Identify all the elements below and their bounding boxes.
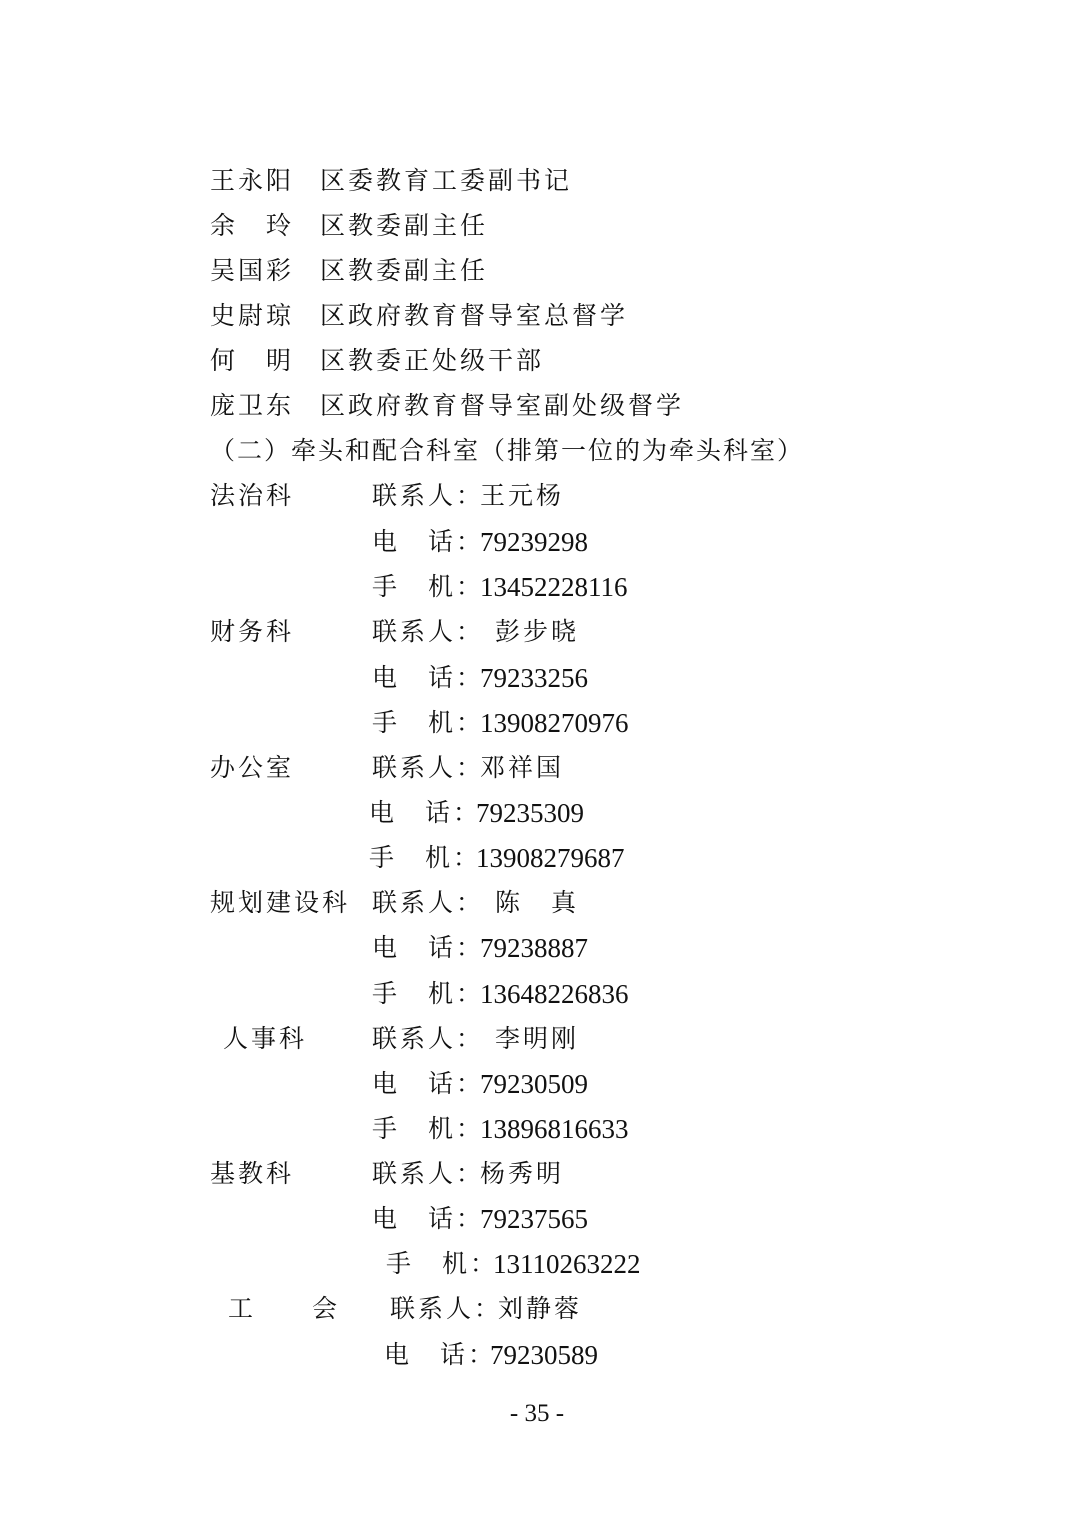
mobile-label: 手 机： — [369, 843, 481, 873]
contact-person: 杨秀明 — [480, 1159, 564, 1189]
contact-person: 李明刚 — [495, 1024, 579, 1054]
contact-label: 联系人： — [372, 1159, 484, 1189]
mobile-number: 13648226836 — [480, 979, 629, 1009]
contact-person: 邓祥国 — [480, 753, 564, 783]
contact-label: 联系人： — [372, 888, 484, 918]
department-name: 规划建设科 — [210, 888, 350, 918]
phone-label: 电 话： — [372, 527, 484, 557]
phone-label: 电 话： — [372, 933, 484, 963]
mobile-number: 13908279687 — [476, 843, 625, 873]
department-name: 财务科 — [210, 617, 294, 647]
department-name: 基教科 — [210, 1159, 294, 1189]
leader-name: 余 玲 — [210, 211, 294, 241]
mobile-label: 手 机： — [372, 708, 484, 738]
department-name: 办公室 — [210, 753, 294, 783]
mobile-number: 13452228116 — [480, 572, 628, 602]
leader-title: 区委教育工委副书记 — [320, 166, 572, 196]
contact-label: 联系人： — [372, 1024, 484, 1054]
mobile-label: 手 机： — [386, 1249, 498, 1279]
contact-person: 彭步晓 — [495, 617, 579, 647]
phone-label: 电 话： — [369, 798, 481, 828]
leader-name: 何 明 — [210, 346, 294, 376]
page-number: - 35 - — [0, 1400, 1074, 1428]
mobile-label: 手 机： — [372, 1114, 484, 1144]
phone-label: 电 话： — [372, 663, 484, 693]
mobile-number: 13908270976 — [480, 708, 629, 738]
department-name: 工 会 — [228, 1294, 340, 1324]
leader-title: 区教委副主任 — [320, 211, 488, 241]
contact-label: 联系人： — [372, 753, 484, 783]
phone-number: 79238887 — [480, 933, 588, 963]
mobile-number: 13110263222 — [493, 1249, 641, 1279]
phone-label: 电 话： — [372, 1204, 484, 1234]
phone-number: 79233256 — [480, 663, 588, 693]
leader-title: 区政府教育督导室副处级督学 — [320, 391, 684, 421]
leader-name: 吴国彩 — [210, 256, 294, 286]
phone-label: 电 话： — [372, 1069, 484, 1099]
contact-label: 联系人： — [390, 1294, 502, 1324]
phone-label: 电 话： — [384, 1340, 496, 1370]
leader-title: 区教委正处级干部 — [320, 346, 544, 376]
mobile-number: 13896816633 — [480, 1114, 629, 1144]
phone-number: 79237565 — [480, 1204, 588, 1234]
phone-number: 79230589 — [490, 1340, 598, 1370]
leader-name: 王永阳 — [210, 166, 294, 196]
phone-number: 79235309 — [476, 798, 584, 828]
contact-label: 联系人： — [372, 617, 484, 647]
contact-person: 王元杨 — [480, 481, 564, 511]
leader-name: 史尉琼 — [210, 301, 294, 331]
department-name: 法治科 — [210, 481, 294, 511]
contact-label: 联系人： — [372, 481, 484, 511]
mobile-label: 手 机： — [372, 572, 484, 602]
leader-title: 区政府教育督导室总督学 — [320, 301, 628, 331]
leader-title: 区教委副主任 — [320, 256, 488, 286]
contact-person: 刘静蓉 — [498, 1294, 582, 1324]
phone-number: 79230509 — [480, 1069, 588, 1099]
phone-number: 79239298 — [480, 527, 588, 557]
leader-name: 庞卫东 — [210, 391, 294, 421]
department-name: 人事科 — [223, 1024, 307, 1054]
mobile-label: 手 机： — [372, 979, 484, 1009]
contact-person: 陈 真 — [495, 888, 579, 918]
section-heading: （二）牵头和配合科室（排第一位的为牵头科室） — [210, 436, 804, 466]
